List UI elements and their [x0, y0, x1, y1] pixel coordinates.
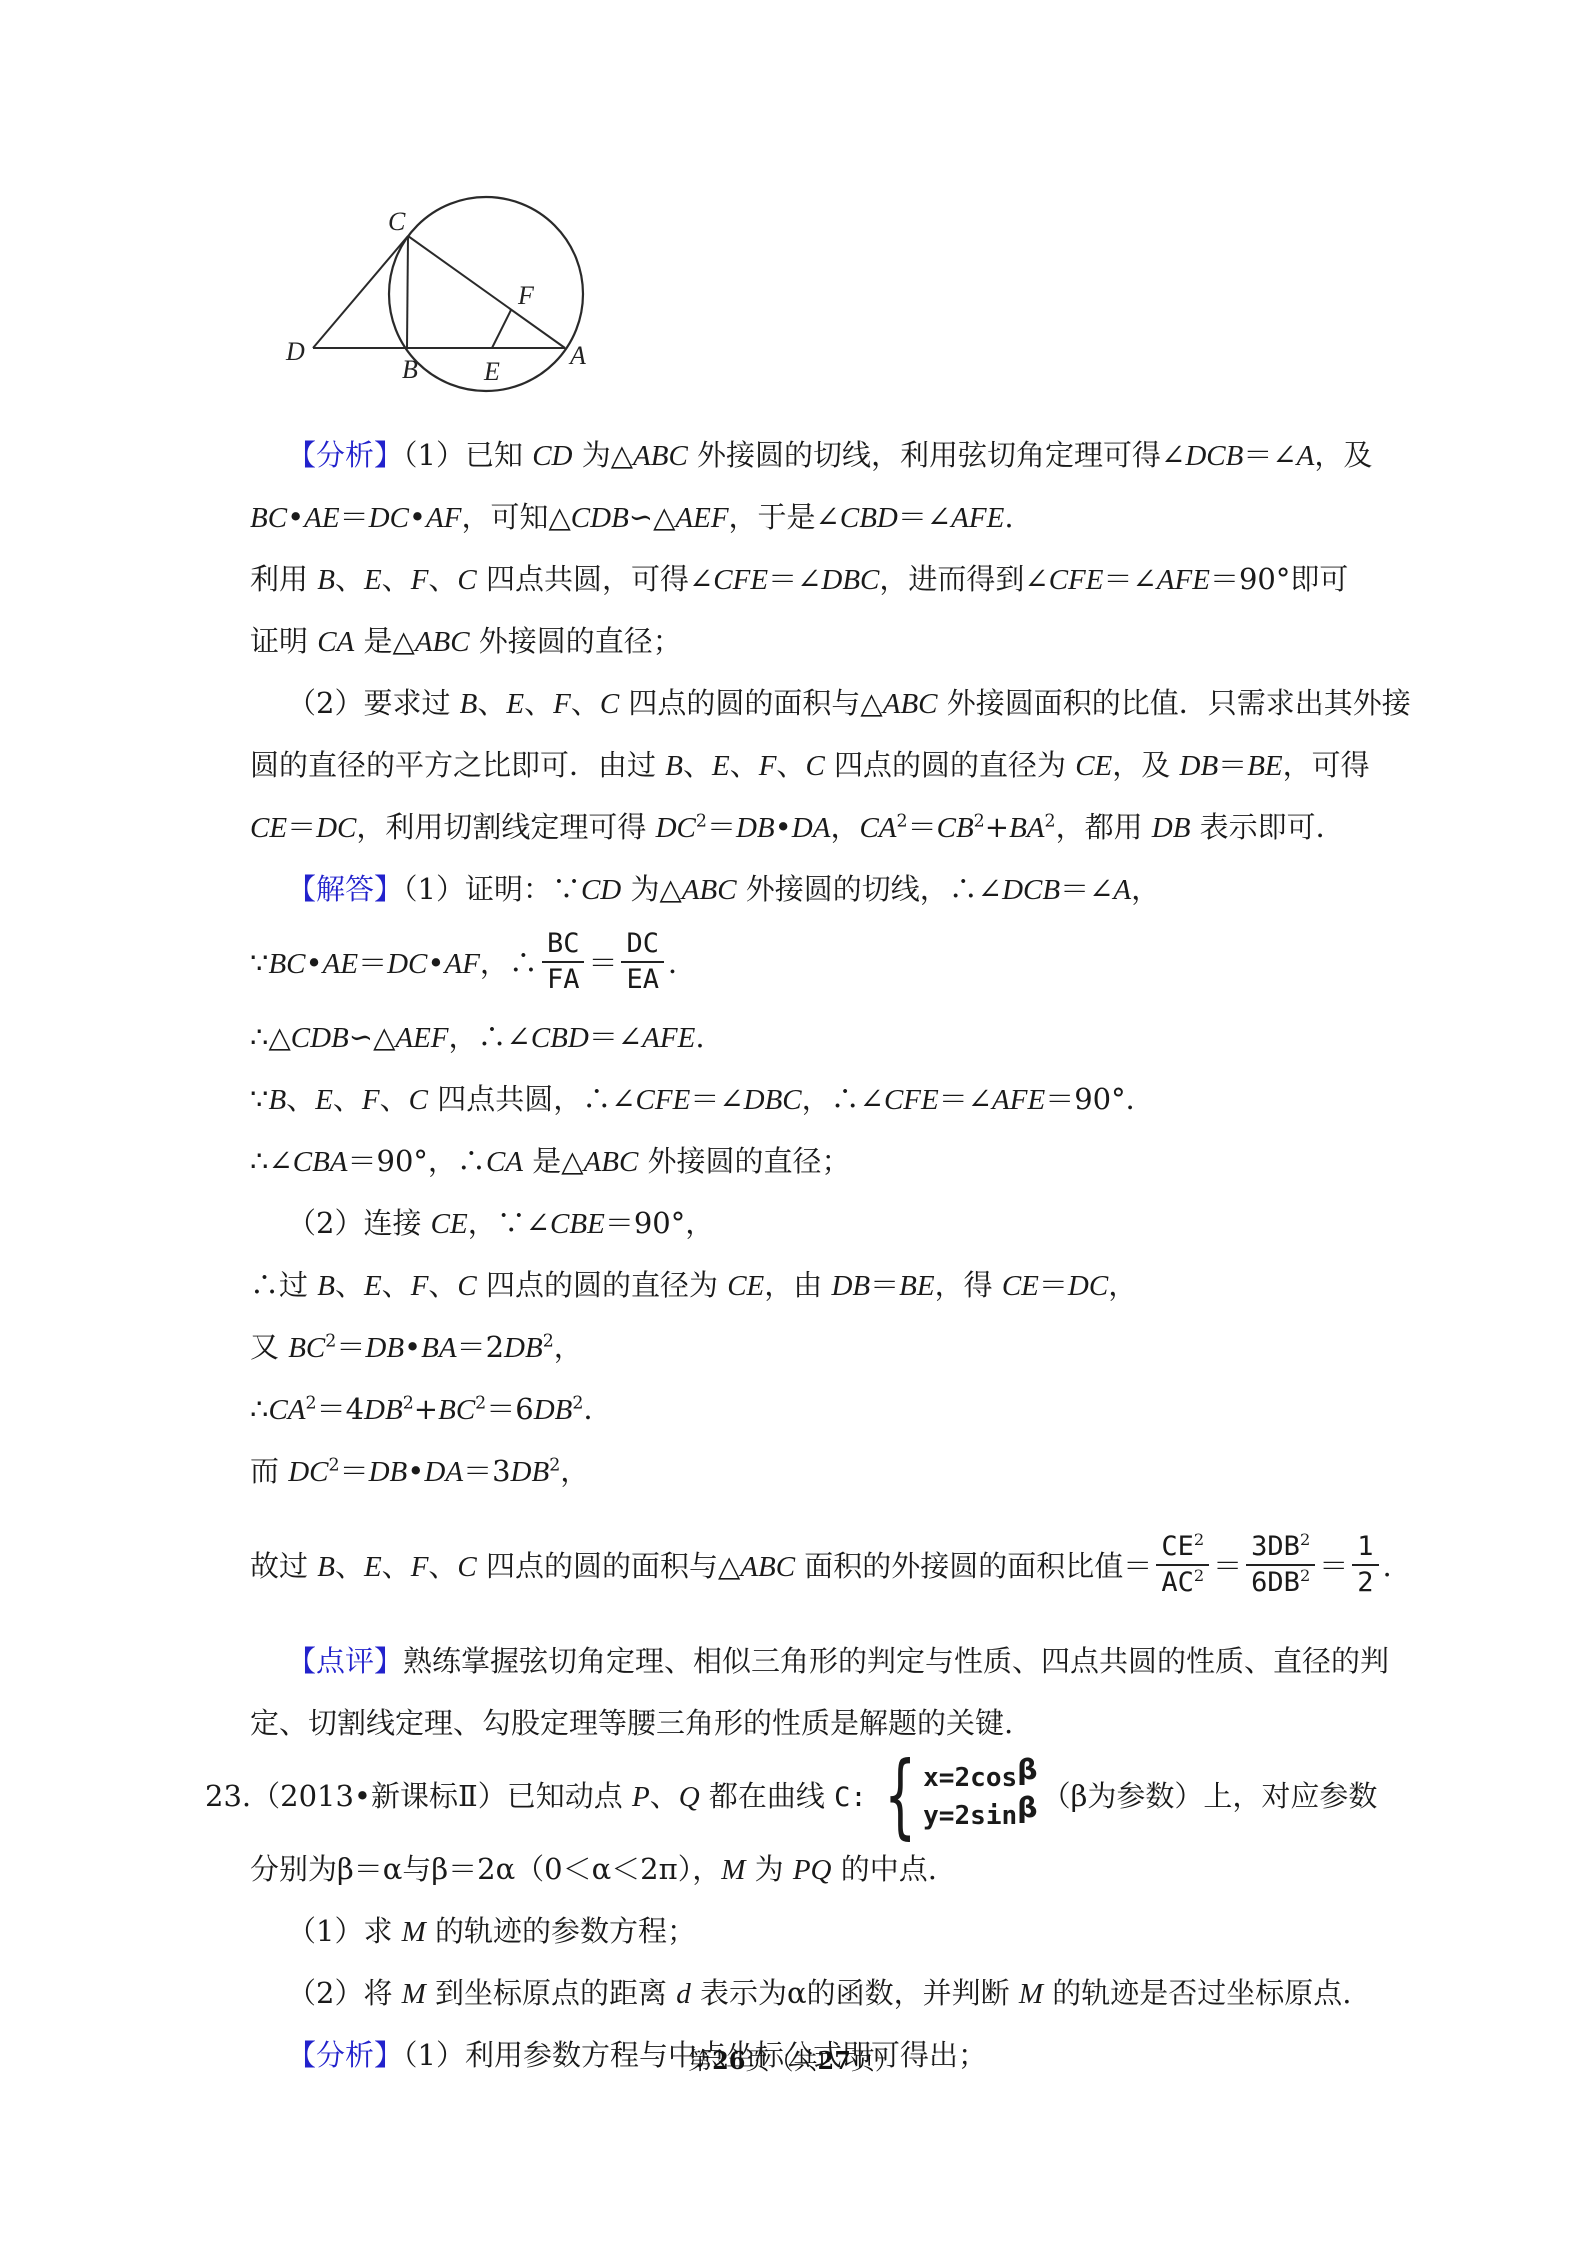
text-line: ∴CA2＝4DB2+BC2＝6DB2． [250, 1378, 1460, 1440]
point-label-C: C [388, 207, 406, 236]
line-CB [407, 236, 408, 348]
text-line: CE＝DC，利用切割线定理可得 DC2＝DB•DA，CA2＝CB2+BA2，都用… [250, 796, 1460, 858]
text-line: ∵B、E、F、C 四点共圆，∴∠CFE＝∠DBC，∴∠CFE＝∠AFE＝90°． [250, 1068, 1460, 1130]
text-line: ∵BC•AE＝DC•AF，∴BCFA＝DCEA． [250, 920, 1460, 1006]
point-label-F: F [517, 281, 535, 310]
text-line: （2）将 M 到坐标原点的距离 d 表示为α的函数，并判断 M 的轨迹是否过坐标… [250, 1962, 1460, 2024]
text-line: （2）连接 CE，∵∠CBE＝90°， [250, 1192, 1460, 1254]
text-line: 【点评】熟练掌握弦切角定理、相似三角形的判定与性质、四点共圆的性质、直径的判 [250, 1630, 1460, 1692]
line-CA [408, 236, 565, 348]
text-line: ∴过 B、E、F、C 四点的圆的直径为 CE，由 DB＝BE，得 CE＝DC， [250, 1254, 1460, 1316]
text-line: 【分析】（1）已知 CD 为△ABC 外接圆的切线，利用弦切角定理可得∠DCB＝… [250, 424, 1460, 486]
text-line: ∴△CDB∽△AEF，∴∠CBD＝∠AFE. [250, 1006, 1460, 1068]
line-DC [313, 236, 408, 348]
point-label-A: A [568, 341, 586, 370]
text-line: 而 DC2＝DB•DA＝3DB2， [250, 1440, 1460, 1502]
text-line: 证明 CA 是△ABC 外接圆的直径； [250, 610, 1460, 672]
point-label-E: E [483, 357, 500, 386]
text-line: 又 BC2＝DB•BA＝2DB2， [250, 1316, 1460, 1378]
text-line: ∴∠CBA＝90°，∴CA 是△ABC 外接圆的直径； [250, 1130, 1460, 1192]
text-line: 23.（2013•新课标Ⅱ）已知动点 P、Q 都在曲线 C:{x=2cosβy=… [205, 1754, 1460, 1838]
page-footer: 第26页（共27页） [0, 2046, 1587, 2076]
text-line: （2）要求过 B、E、F、C 四点的圆的面积与△ABC 外接圆面积的比值．只需求… [250, 672, 1460, 734]
line-EF [492, 310, 511, 348]
text-line: （1）求 M 的轨迹的参数方程； [250, 1900, 1460, 1962]
geometry-figure: C D B E A F [190, 118, 640, 418]
document-page: C D B E A F 【分析】（1）已知 CD 为△ABC 外接圆的切线，利用… [0, 0, 1587, 2245]
text-line: BC•AE＝DC•AF，可知△CDB∽△AEF，于是∠CBD＝∠AFE. [250, 486, 1460, 548]
text-line: 圆的直径的平方之比即可．由过 B、E、F、C 四点的圆的直径为 CE，及 DB＝… [250, 734, 1460, 796]
text-line: 利用 B、E、F、C 四点共圆，可得∠CFE＝∠DBC，进而得到∠CFE＝∠AF… [250, 548, 1460, 610]
text-line: 定、切割线定理、勾股定理等腰三角形的性质是解题的关键. [250, 1692, 1460, 1754]
point-label-B: B [402, 355, 418, 384]
text-line: 分别为β＝α与β＝2α（0＜α＜2π），M 为 PQ 的中点. [250, 1838, 1460, 1900]
point-label-D: D [285, 337, 305, 366]
text-line: 故过 B、E、F、C 四点的圆的面积与△ABC 面积的外接圆的面积比值＝CE2A… [250, 1502, 1460, 1630]
text-line: 【解答】（1）证明：∵CD 为△ABC 外接圆的切线，∴∠DCB＝∠A， [250, 858, 1460, 920]
solution-text: 【分析】（1）已知 CD 为△ABC 外接圆的切线，利用弦切角定理可得∠DCB＝… [250, 424, 1460, 2086]
